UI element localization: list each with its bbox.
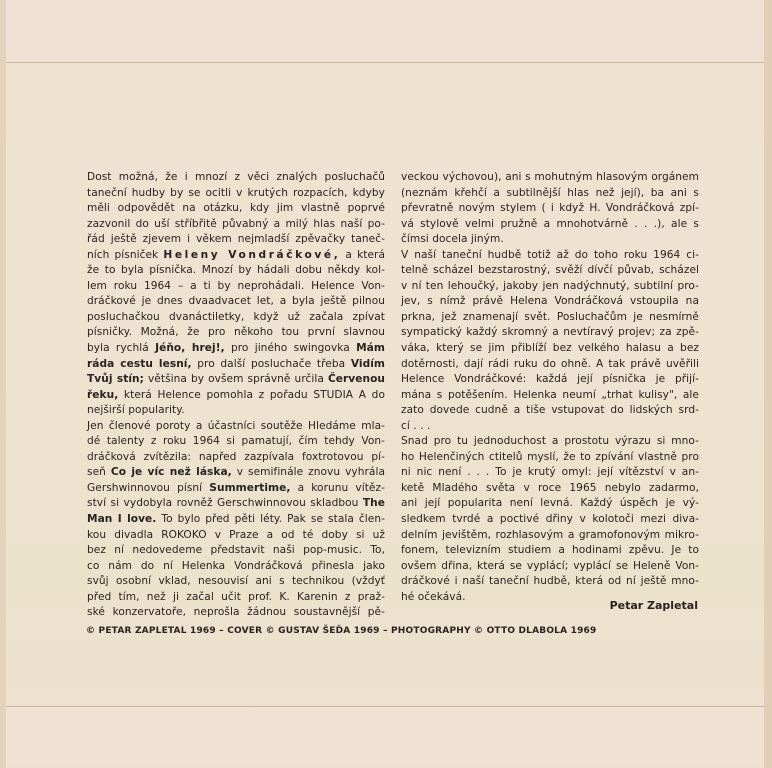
text-line: řád ještě zjevem i věkem nejmladší zpěva… (87, 232, 385, 248)
text-run: Snad pro tu jednoduchost a prostotu výra… (401, 435, 699, 447)
text-line: co nám do ní Helenka Vondráčková přinesl… (87, 559, 385, 575)
text-run: (neznám křehčí a subtilnější hlas než je… (401, 187, 699, 199)
text-run: byla rychlá (87, 342, 155, 354)
text-line: ho Helenčiných ctitelů myslí, že to zpív… (401, 450, 699, 466)
text-line: veckou výchovou), ani s mohutným hlasový… (401, 170, 699, 186)
text-run: delním jevištěm, rozhlasovým a gramofono… (401, 529, 699, 541)
text-line: čímsi docela jiným. (401, 232, 699, 248)
text-run: před tím, než ji začal učit prof. K. Kar… (87, 591, 385, 603)
text-line: že to byla písnička. Mnozí by hádali dob… (87, 263, 385, 279)
text-run: zazvonil do uší stříbřitě půvabný a milý… (87, 218, 385, 230)
text-run: Gershwinnovou písní (87, 482, 209, 494)
text-run: pro jiného swingovka (225, 342, 356, 354)
text-line: Snad pro tu jednoduchost a prostotu výra… (401, 434, 699, 450)
text-line: měli odpovědět na otázku, kdy jim vlastn… (87, 201, 385, 217)
text-run: jev, s nímž právě Helena Vondráčková vst… (401, 295, 699, 307)
text-line: ství si vydobyla rovněž Gerschwinnovou s… (87, 496, 385, 512)
text-run: prkna, jež znamenají svět. Posluchačům j… (401, 311, 699, 323)
text-run: většina by ovšem správně určila (144, 373, 328, 385)
text-run: dráčková zvítězila: napřed zazpívala fox… (87, 451, 385, 463)
text-line: ni nic není . . . To je krutý omyl: její… (401, 465, 699, 481)
text-run: a korunu vítěz- (290, 482, 385, 494)
text-line: dotěrnosti, dají rádi ruku do ohně. A ta… (401, 357, 699, 373)
text-run: vá stylově velmi pružně a mnohotvárně . … (401, 218, 699, 230)
text-line: v ní ten lehoučký, jakoby jen nadýchnutý… (401, 279, 699, 295)
text-run: hé očekává. (401, 591, 466, 603)
text-line: sledkem tvrdé a poctivé dřiny v kolotoči… (401, 512, 699, 528)
text-run: ství si vydobyla rovněž Gerschwinnovou s… (87, 497, 363, 509)
text-run: ovšem dřina, která se vyplácí; vyplácí s… (401, 560, 699, 572)
text-run: To bylo před pěti léty. Pak se stala čle… (156, 513, 385, 525)
emphasized-text: Jéňo, hrej!, (155, 342, 225, 354)
text-run: lem roku 1964 – a ti by neprohádali. Hel… (87, 280, 385, 292)
text-line: zazvonil do uší stříbřitě půvabný a milý… (87, 217, 385, 233)
text-line: ních písniček Heleny Vondráčkové, a kter… (87, 248, 385, 264)
text-run: převratně novým stylem ( i když H. Vondr… (401, 202, 699, 214)
text-run: telně scházel bezstarostný, svěží dívčí … (401, 264, 699, 276)
text-run: dráčkové je dnes dvaadvacet let, a byla … (87, 295, 385, 307)
text-line: svůj osobní vklad, nesouvisí ani s techn… (87, 574, 385, 590)
liner-notes-left-column: Dost možná, že i mnozí z věci znalých po… (87, 170, 385, 621)
text-run: Jen členové poroty a účastníci soutěže H… (87, 420, 385, 432)
text-run: sledkem tvrdé a poctivé dřiny v kolotoči… (401, 513, 699, 525)
bottom-flap (6, 706, 764, 765)
text-line: Dost možná, že i mnozí z věci znalých po… (87, 170, 385, 186)
emphasized-text: Co je víc než láska, (111, 466, 232, 478)
text-line: ani její popularita není levná. Každý ús… (401, 496, 699, 512)
text-line: fonem, televizním studiem a hodinami zpě… (401, 543, 699, 559)
copyright-credits: © PETAR ZAPLETAL 1969 – COVER © GUSTAV Š… (86, 626, 606, 636)
text-line: vá stylově velmi pružně a mnohotvárně . … (401, 217, 699, 233)
text-run: V naší taneční hudbě totiž až do toho ro… (401, 249, 699, 261)
text-line: před tím, než ji začal učit prof. K. Kar… (87, 590, 385, 606)
emphasized-text: Heleny Vondráčkové, (163, 249, 340, 261)
text-run: dé talenty z roku 1964 si pamatují, čím … (87, 435, 385, 447)
emphasized-text: Summertime, (209, 482, 290, 494)
text-line: ketě Mladého světa v roce 1965 nebylo za… (401, 481, 699, 497)
text-run: taneční hudby by se ocitli v krutých roz… (87, 187, 385, 199)
text-run: mána s potěšením. Helenka neumí „trhat k… (401, 389, 699, 401)
emphasized-text: The (363, 497, 385, 509)
text-run: Helence Vondráčkové: každá její písnička… (401, 373, 699, 385)
text-run: v semifinále znovu vyhrála (232, 466, 385, 478)
text-line: převratně novým stylem ( i když H. Vondr… (401, 201, 699, 217)
text-line: lem roku 1964 – a ti by neprohádali. Hel… (87, 279, 385, 295)
text-line: Man I love. To bylo před pěti léty. Pak … (87, 512, 385, 528)
text-run: bez ní nedovedeme představit naši pop-mu… (87, 544, 385, 556)
text-run: co nám do ní Helenka Vondráčková přinesl… (87, 560, 385, 572)
text-line: (neznám křehčí a subtilnější hlas než je… (401, 186, 699, 202)
text-line: byla rychlá Jéňo, hrej!, pro jiného swin… (87, 341, 385, 357)
liner-notes-right-column: veckou výchovou), ani s mohutným hlasový… (401, 170, 699, 605)
text-run: seň (87, 466, 111, 478)
text-run: měli odpovědět na otázku, kdy jim vlastn… (87, 202, 385, 214)
text-line: bez ní nedovedeme představit naši pop-mu… (87, 543, 385, 559)
text-line: ské konzervatoře, neprošla žádnou sousta… (87, 605, 385, 621)
text-run: ních písniček (87, 249, 163, 261)
text-line: dráčkové i naší taneční hudbě, která od … (401, 574, 699, 590)
text-line: nejširší popularity. (87, 403, 385, 419)
text-line: písničky. Možná, že pro někoho tou první… (87, 325, 385, 341)
text-run: cí . . . (401, 420, 430, 432)
left-edge (0, 0, 6, 768)
text-line: kou divadla ROKOKO v Praze a od té doby … (87, 528, 385, 544)
text-run: v ní ten lehoučký, jakoby jen nadýchnutý… (401, 280, 699, 292)
author-signature: Petar Zapletal (580, 599, 698, 612)
text-run: Dost možná, že i mnozí z věci znalých po… (87, 171, 385, 183)
text-run: pro další posluchače třeba (192, 358, 351, 370)
text-run: ho Helenčiných ctitelů myslí, že to zpív… (401, 451, 699, 463)
text-line: seň Co je víc než láska, v semifinále zn… (87, 465, 385, 481)
emphasized-text: řeku, (87, 389, 118, 401)
text-run: ni nic není . . . To je krutý omyl: její… (401, 466, 699, 478)
text-line: prkna, jež znamenají svět. Posluchačům j… (401, 310, 699, 326)
right-edge (764, 0, 772, 768)
text-run: čímsi docela jiným. (401, 233, 504, 245)
text-run: zato dovede cudně a tiše vstupovat do li… (401, 404, 699, 416)
text-line: V naší taneční hudbě totiž až do toho ro… (401, 248, 699, 264)
emphasized-text: Červenou (328, 373, 385, 385)
text-line: delním jevištěm, rozhlasovým a gramofono… (401, 528, 699, 544)
text-run: písničky. Možná, že pro někoho tou první… (87, 326, 385, 338)
text-line: cí . . . (401, 419, 699, 435)
text-run: nejširší popularity. (87, 404, 184, 416)
text-line: jev, s nímž právě Helena Vondráčková vst… (401, 294, 699, 310)
text-run: dotěrnosti, dají rádi ruku do ohně. A ta… (401, 358, 699, 370)
text-line: telně scházel bezstarostný, svěží dívčí … (401, 263, 699, 279)
emphasized-text: Man I love. (87, 513, 156, 525)
text-line: Gershwinnovou písní Summertime, a korunu… (87, 481, 385, 497)
emphasized-text: ráda cestu lesní, (87, 358, 192, 370)
emphasized-text: Vidím (351, 358, 385, 370)
text-line: mána s potěšením. Helenka neumí „trhat k… (401, 388, 699, 404)
text-run: sympatický každý skromný a nevtíravý pro… (401, 326, 699, 338)
emphasized-text: Mám (356, 342, 385, 354)
top-flap (6, 0, 764, 63)
text-run: fonem, televizním studiem a hodinami zpě… (401, 544, 699, 556)
text-run: že to byla písnička. Mnozí by hádali dob… (87, 264, 385, 276)
text-run: svůj osobní vklad, nesouvisí ani s techn… (87, 575, 385, 587)
text-run: veckou výchovou), ani s mohutným hlasový… (401, 171, 699, 183)
text-run: řád ještě zjevem i věkem nejmladší zpěva… (87, 233, 385, 245)
text-line: sympatický každý skromný a nevtíravý pro… (401, 325, 699, 341)
text-run: kou divadla ROKOKO v Praze a od té doby … (87, 529, 385, 541)
album-back-cover: Dost možná, že i mnozí z věci znalých po… (0, 0, 772, 768)
text-line: dé talenty z roku 1964 si pamatují, čím … (87, 434, 385, 450)
emphasized-text: Tvůj stín; (87, 373, 144, 385)
text-line: taneční hudby by se ocitli v krutých roz… (87, 186, 385, 202)
text-line: posluchačkou dvanáctiletky, když už zača… (87, 310, 385, 326)
text-run: váka, který se jim přiblíží bez velkého … (401, 342, 699, 354)
text-line: Helence Vondráčkové: každá její písnička… (401, 372, 699, 388)
text-run: dráčkové i naší taneční hudbě, která od … (401, 575, 699, 587)
text-line: zato dovede cudně a tiše vstupovat do li… (401, 403, 699, 419)
text-run: ketě Mladého světa v roce 1965 nebylo za… (401, 482, 699, 494)
text-line: váka, který se jim přiblíží bez velkého … (401, 341, 699, 357)
text-run: posluchačkou dvanáctiletky, když už zača… (87, 311, 385, 323)
text-run: ské konzervatoře, neprošla žádnou sousta… (87, 606, 385, 618)
text-run: ani její popularita není levná. Každý ús… (401, 497, 699, 509)
text-line: Jen členové poroty a účastníci soutěže H… (87, 419, 385, 435)
text-line: ovšem dřina, která se vyplácí; vyplácí s… (401, 559, 699, 575)
text-line: dráčkové je dnes dvaadvacet let, a byla … (87, 294, 385, 310)
text-run: a která (340, 249, 385, 261)
text-run: která Helence pomohla z pořadu STUDIA A … (118, 389, 385, 401)
text-line: řeku, která Helence pomohla z pořadu STU… (87, 388, 385, 404)
text-line: dráčková zvítězila: napřed zazpívala fox… (87, 450, 385, 466)
text-line: Tvůj stín; většina by ovšem správně urči… (87, 372, 385, 388)
text-line: ráda cestu lesní, pro další posluchače t… (87, 357, 385, 373)
